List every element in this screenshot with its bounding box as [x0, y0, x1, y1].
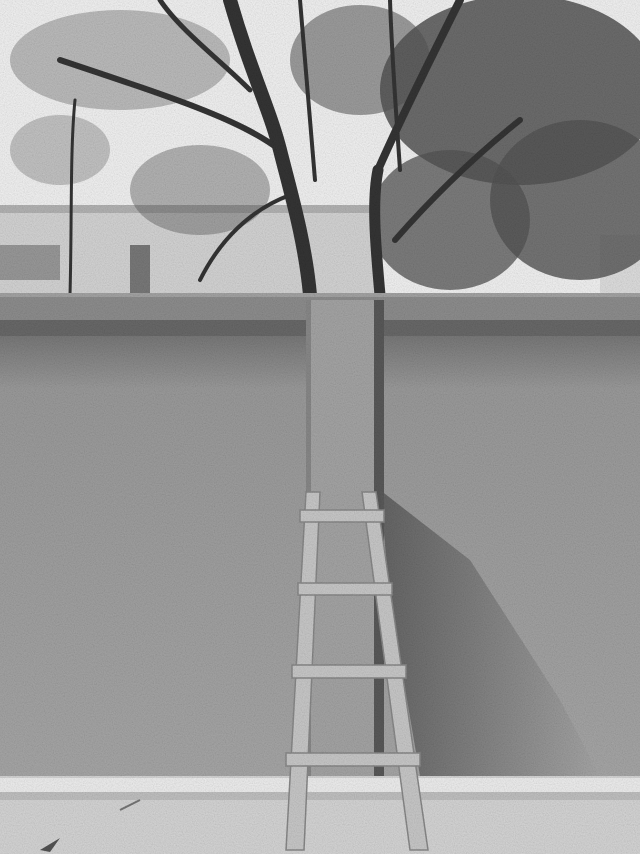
pavement-line	[0, 778, 640, 792]
scene	[0, 0, 640, 854]
photograph	[0, 0, 640, 854]
